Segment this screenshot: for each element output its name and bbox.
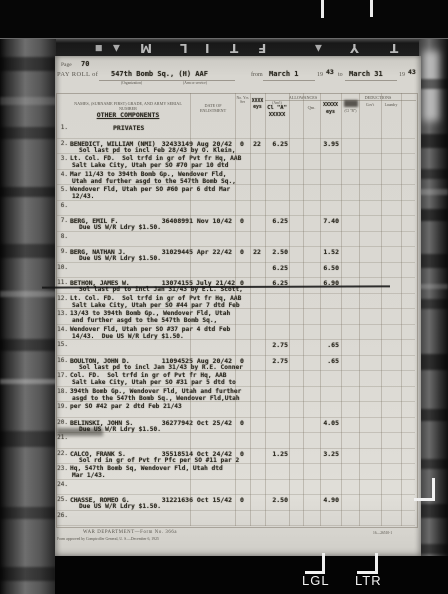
to-year: 43 — [408, 68, 416, 76]
from-underline — [263, 80, 315, 81]
payroll-line: 8. — [55, 232, 421, 248]
arm-caption: (Arm or service) — [183, 81, 207, 85]
cell-cont1: per SO #42 par 2 dtd Feb 21/43 — [70, 403, 182, 410]
payroll-line: 10.6.256.50 — [55, 263, 421, 279]
cell-c0: 0 — [235, 419, 249, 427]
payroll-line: 26. — [55, 511, 421, 527]
frame-tick-left — [321, 0, 324, 18]
cell-num: 18. — [56, 388, 68, 395]
cell-cont2: Mar 1/43. — [72, 472, 106, 479]
cell-c0: 0 — [235, 217, 249, 225]
deductions-group-header: DEDUCTIONS — [341, 95, 415, 100]
film-streak — [0, 244, 56, 258]
header-ink-blot — [344, 100, 358, 107]
cell-a1: 1.25 — [263, 450, 288, 458]
cell-cont1: Hq, 547th Bomb Sq, Wendover Fld, Utah dt… — [70, 465, 223, 472]
film-streak — [0, 339, 56, 351]
cell-num: 8. — [56, 233, 68, 240]
cell-num: 3. — [56, 155, 68, 162]
cell-cont1: Wendover Fld, Utah per SO #37 par 4 dtd … — [70, 326, 230, 333]
payroll-line: 16.BOULTON, JOHN D.11094525Aug 20/4202.7… — [55, 356, 421, 372]
film-streak — [419, 254, 448, 268]
cell-num: 10. — [56, 264, 68, 271]
form-name: WAR DEPARTMENT—Form No. 366a — [83, 530, 177, 535]
to-underline — [345, 80, 397, 81]
cell-num: 5. — [56, 186, 68, 193]
film-edge-letter: ▲ — [315, 43, 322, 53]
cell-num: 20. — [56, 419, 68, 426]
years-service-header: No. Yrs Ser — [235, 96, 250, 104]
film-streak — [419, 544, 448, 554]
ltr-label: LTR — [355, 573, 382, 588]
cell-c0: 0 — [235, 140, 249, 148]
payroll-line: 3.Lt. Col. FD. Sol trfd in gr of Pvt fr … — [55, 154, 421, 170]
payroll-line: 13.13/43 to 394th Bomb Gp., Wendover Fld… — [55, 309, 421, 325]
film-edge-letter: M — [140, 41, 152, 55]
cell-num: 19. — [56, 403, 68, 410]
cell-cont2: Utah and further asgd to the 547th Bomb … — [72, 178, 236, 185]
qm-header: Qm. — [303, 105, 320, 110]
cell-a1: 6.25 — [263, 217, 288, 225]
film-streak — [419, 169, 448, 179]
microfilm-frame: E ■▲MLITF▲YT Page 70 PAY ROLL of 547th B… — [0, 0, 448, 594]
cell-num: 1. — [56, 124, 68, 131]
cell-cont1: Wendover Fld, Utah per SO #60 par 6 dtd … — [70, 186, 230, 193]
cell-c22: 22 — [250, 140, 264, 148]
film-streak — [419, 409, 448, 421]
from-date: March 1 — [269, 70, 299, 78]
payroll-line: 1.PRIVATES — [55, 123, 421, 139]
cell-c0: 0 — [235, 248, 249, 256]
govt-header: Gov't — [360, 103, 380, 107]
payroll-line: 17.Col. FD. Sol trfd in gr of Pvt fr Hq,… — [55, 371, 421, 387]
payroll-line: 14.Wendover Fld, Utah per SO #37 par 4 d… — [55, 325, 421, 341]
year-prefix-to: 19 — [399, 72, 405, 78]
film-edge-right — [419, 39, 448, 594]
film-streak — [419, 189, 448, 195]
film-edge-letter: L — [180, 41, 188, 55]
film-edge-letter: ▲ — [113, 43, 120, 53]
film-streak — [0, 127, 56, 139]
payroll-line: 5.Wendover Fld, Utah per SO #60 par 6 dt… — [55, 185, 421, 201]
cell-cont2: 14/43. Due US W/R Ldry $1.50. — [72, 333, 184, 340]
laundry-header: Laundry — [381, 103, 401, 107]
payroll-line: 12.Lt. Col. FD. Sol trfd in gr of Pvt fr… — [55, 294, 421, 310]
cell-num: 13. — [56, 310, 68, 317]
film-streak — [419, 354, 448, 370]
film-streak — [419, 209, 448, 221]
cell-date: Nov 10/42 — [196, 217, 233, 225]
cell-date: Oct 15/42 — [196, 496, 233, 504]
table-column-rule — [250, 93, 251, 526]
film-streak — [0, 567, 56, 581]
payroll-line: 21. — [55, 433, 421, 449]
cell-a2: .65 — [314, 357, 339, 365]
cell-c0: 0 — [235, 496, 249, 504]
cell-num: 24. — [56, 481, 68, 488]
date-column-header: DATE OF ENLISTMENT — [192, 103, 234, 113]
frame-tick-right — [370, 0, 373, 17]
film-edge-left — [0, 39, 56, 594]
table-column-rule — [401, 93, 402, 526]
cell-cont2: and further asgd to the 547th Bomb Sq., — [72, 317, 217, 324]
film-streak — [0, 291, 56, 297]
table-column-rule — [235, 93, 236, 526]
cell-num: 15. — [56, 341, 68, 348]
film-streak — [0, 97, 56, 105]
class-a-struck: XXXXX — [266, 112, 288, 118]
film-edge-letter: I — [205, 41, 209, 55]
cell-cont2: 12/43. — [72, 193, 94, 200]
cell-a2: 4.90 — [314, 496, 339, 504]
table-column-rule — [289, 93, 290, 526]
cell-a1: 6.25 — [263, 264, 288, 272]
payroll-line: 4.Mar 11/43 to 394th Bomb Gp., Wendover … — [55, 170, 421, 186]
from-label: from — [251, 72, 263, 78]
cell-a2: 3.25 — [314, 450, 339, 458]
film-edge-letter: F — [258, 41, 266, 55]
table-column-rule — [341, 93, 342, 526]
film-streak — [419, 504, 448, 518]
payroll-line: 15.2.75.65 — [55, 340, 421, 356]
cell-num: 2. — [56, 140, 68, 147]
table-column-rule — [320, 93, 321, 526]
film-streak — [0, 57, 56, 71]
organization-underline — [99, 80, 235, 81]
cell-a1: 2.75 — [263, 341, 288, 349]
cell-note: Sol rd in gr of Pvt fr Pfc per SO #11 pa… — [79, 457, 239, 464]
cell-num: 17. — [56, 372, 68, 379]
payroll-document: Page 70 PAY ROLL of 547th Bomb Sq., (H) … — [55, 56, 421, 557]
film-streak — [0, 507, 56, 519]
payroll-line: 9.BERG, NATHAN J.31029445Apr 22/420222.5… — [55, 247, 421, 263]
cell-num: 11. — [56, 279, 68, 286]
film-edge-letter: T — [390, 41, 398, 55]
struck-header-1-bottom: eys — [250, 105, 265, 110]
payroll-title: PAY ROLL of — [57, 71, 98, 78]
names-column-header: NAMES, (SURNAME FIRST) GRADE, AND ARMY S… — [69, 101, 187, 111]
cell-section: PRIVATES — [113, 124, 144, 132]
cell-note: Due US W/R Ldry $1.50. — [79, 224, 161, 231]
payroll-line: 19.per SO #42 par 2 dtd Feb 21/43 — [55, 402, 421, 418]
cell-a1: 6.25 — [263, 140, 288, 148]
film-bottom-band — [55, 556, 448, 594]
struck-header-1-top: XXXX — [250, 99, 265, 104]
to-date: March 31 — [349, 70, 383, 78]
payroll-line: 24. — [55, 480, 421, 496]
film-streak — [419, 79, 448, 89]
cell-serial: 36277942 — [157, 419, 193, 427]
cell-cont1: 394th Bomb Gp., Wendover Fld, Utah and f… — [70, 388, 241, 395]
film-edge-letter: T — [230, 41, 238, 55]
cell-num: 4. — [56, 171, 68, 178]
cell-a1: 2.50 — [263, 496, 288, 504]
class-b-header: (Cl "B") — [342, 109, 359, 113]
cell-date: Apr 22/42 — [196, 248, 233, 256]
cell-note: Due US W/R Ldry $1.50. — [79, 255, 161, 262]
payroll-line: 23.Hq, 547th Bomb Sq, Wendover Fld, Utah… — [55, 464, 421, 480]
cell-a2: 4.05 — [314, 419, 339, 427]
cell-a2: 6.50 — [314, 264, 339, 272]
cell-cont1: Lt. Col. FD. Sol trfd in gr of Pvt fr Hq… — [70, 155, 241, 162]
struck-header-2-bottom: eys — [319, 109, 342, 115]
year-prefix-from: 19 — [317, 72, 323, 78]
table-column-rule — [190, 93, 191, 526]
cell-note: Sol last pd to incl Feb 28/43 by O. Klei… — [79, 147, 235, 154]
cell-num: 9. — [56, 248, 68, 255]
payroll-line: 18.394th Bomb Gp., Wendover Fld, Utah an… — [55, 387, 421, 403]
cell-date: Oct 25/42 — [196, 419, 233, 427]
cell-num: 16. — [56, 357, 68, 364]
table-column-rule — [303, 93, 304, 526]
cell-c22: 22 — [250, 248, 264, 256]
cell-num: 22. — [56, 450, 68, 457]
cell-num: 6. — [56, 202, 68, 209]
cell-cont1: Mar 11/43 to 394th Bomb Gp., Wendover Fl… — [70, 171, 226, 178]
struck-header-2-top: XXXXX — [319, 102, 342, 108]
cell-a2: 7.40 — [314, 217, 339, 225]
payroll-line: 22.CALCO, FRANK S.35518514Oct 24/4201.25… — [55, 449, 421, 465]
payroll-line: 2.BENEDICT, WILLIAM (NMI)32433149Aug 20/… — [55, 139, 421, 155]
film-streak — [419, 134, 448, 148]
cell-cont2: Salt Lake City, Utah per SO #31 par 5 dt… — [72, 379, 236, 386]
cell-num: 23. — [56, 465, 68, 472]
to-label: to — [338, 72, 343, 78]
cell-serial: 31029445 — [157, 248, 193, 256]
cell-cont1: 13/43 to 394th Bomb Gp., Wendover Fld, U… — [70, 310, 230, 317]
other-components-header: OTHER COMPONENTS — [69, 111, 187, 119]
cell-serial: 36408991 — [157, 217, 193, 225]
lgl-side-bracket-horizontal — [414, 498, 435, 501]
table-column-rule — [359, 93, 360, 526]
cell-cont1: Col. FD. Sol trfd in gr of Pvt fr Hq, AA… — [70, 372, 226, 379]
cell-a1: 2.75 — [263, 357, 288, 365]
cell-a2: .65 — [314, 341, 339, 349]
film-edge-letter: ■ — [95, 44, 103, 53]
cell-num: 25. — [56, 496, 68, 503]
cell-cont2: Salt Lake City, Utah per SO #70 par 10 d… — [72, 162, 228, 169]
payroll-line: 25.CHASSE, ROMEO G.31221636Oct 15/4202.5… — [55, 495, 421, 511]
form-print-code: 16—26510-1 — [373, 531, 392, 535]
class-a-header: Cl "A" — [266, 105, 288, 111]
amount-caption: (Am't) — [266, 101, 288, 105]
film-streak — [419, 299, 448, 309]
cell-num: 26. — [56, 512, 68, 519]
from-year: 43 — [326, 68, 334, 76]
payroll-line: 20.BELINSKI, JOHN S.36277942Oct 25/4204.… — [55, 418, 421, 434]
payroll-line: 7.BERG, EMIL F.36408991Nov 10/4206.257.4… — [55, 216, 421, 232]
film-streak — [0, 431, 56, 447]
cell-note: Due US W/R Ldry $1.50. — [79, 503, 161, 510]
page-number: 70 — [81, 60, 89, 68]
cell-a2: 1.52 — [314, 248, 339, 256]
cell-a2: 3.95 — [314, 140, 339, 148]
film-streak — [0, 379, 56, 384]
cell-cont2: Salt Lake City, Utah per SO #44 par 7 dt… — [72, 302, 240, 309]
cell-a1: 2.50 — [263, 248, 288, 256]
table-column-rule — [381, 93, 382, 526]
film-edge-letter: Y — [350, 41, 359, 55]
cell-cont1: Lt. Col. FD. Sol trfd in gr of Pvt fr Hq… — [70, 295, 241, 302]
film-streak — [419, 284, 448, 289]
cell-num: 12. — [56, 295, 68, 302]
form-approval: Form approved by Comptroller General, U.… — [57, 537, 159, 541]
ink-smudge — [57, 428, 103, 436]
payroll-line: 6. — [55, 201, 421, 217]
organization-name: 547th Bomb Sq., (H) AAF — [111, 70, 208, 78]
table-column-rule — [265, 93, 266, 526]
cell-serial: 31221636 — [157, 496, 193, 504]
cell-num: 7. — [56, 217, 68, 224]
cell-cont2: asgd to the 547th Bomb Sq., Wendover Fld… — [72, 395, 240, 402]
page-label: Page — [61, 62, 72, 68]
cell-note: Sol last pd to incl Jan 31/43 by R.E. Co… — [79, 364, 243, 371]
cell-num: 14. — [56, 326, 68, 333]
film-streak — [419, 459, 448, 469]
organization-caption: (Organization) — [121, 81, 142, 85]
film-streak — [0, 187, 56, 197]
lgl-label: LGL — [302, 573, 330, 588]
